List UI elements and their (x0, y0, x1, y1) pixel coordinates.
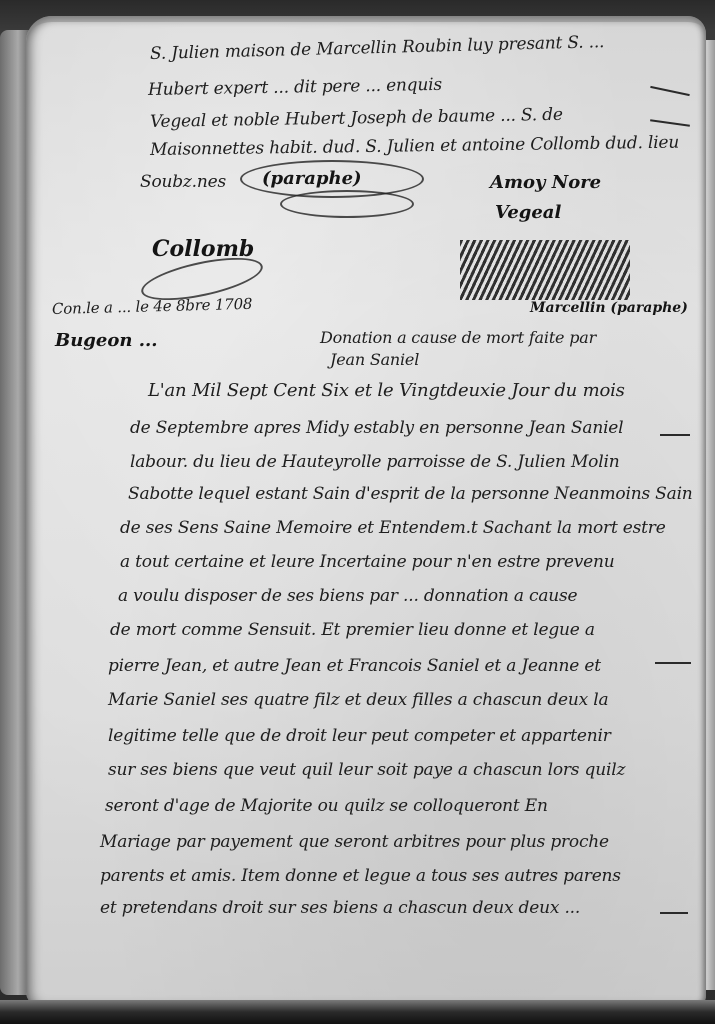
signature-flourish-2 (280, 190, 414, 218)
line-end-dash (655, 662, 691, 664)
body-line-11: legitime telle que de droit leur peut co… (108, 726, 611, 746)
body-line-1: L'an Mil Sept Cent Six et le Vingtdeuxie… (148, 380, 625, 401)
body-line-6: a tout certaine et leure Incertaine pour… (120, 552, 615, 572)
line-end-dash (660, 434, 690, 436)
act-heading-name: Jean Saniel (330, 350, 419, 369)
body-line-15: parents et amis. Item donne et legue a t… (100, 866, 621, 886)
body-line-3: labour. du lieu de Hauteyrolle parroisse… (130, 452, 619, 472)
body-line-14: Mariage par payement que seront arbitres… (100, 832, 609, 852)
margin-clerk-signature: Bugeon ... (55, 330, 158, 351)
book-bottom-edge (0, 1000, 715, 1024)
body-line-2: de Septembre apres Midy estably en perso… (130, 418, 623, 438)
signature-marcellin: Marcellin (paraphe) (530, 300, 688, 316)
body-line-10: Marie Saniel ses quatre filz et deux fil… (108, 690, 608, 710)
body-line-13: seront d'age de Majorite ou quilz se col… (105, 796, 548, 816)
body-line-9: pierre Jean, et autre Jean et Francois S… (108, 656, 601, 676)
signature-vegeal: Vegeal (495, 202, 561, 223)
signature-notaire: Amoy Nore (490, 172, 601, 193)
body-line-7: a voulu disposer de ses biens par ... do… (118, 586, 577, 606)
closing-line-5: Soubz.nes (140, 172, 226, 192)
body-line-16: et pretendans droit sur ses biens a chas… (100, 898, 580, 918)
body-line-8: de mort comme Sensuit. Et premier lieu d… (110, 620, 595, 640)
body-line-4: Sabotte lequel estant Sain d'esprit de l… (128, 484, 693, 504)
body-line-5: de ses Sens Saine Memoire et Entendem.t … (120, 518, 666, 538)
signature-paraphe: (paraphe) (262, 168, 362, 189)
body-line-12: sur ses biens que veut quil leur soit pa… (108, 760, 625, 780)
signature-marcellin-ink (460, 240, 630, 300)
act-heading-title: Donation a cause de mort faite par (320, 328, 596, 347)
line-end-dash (660, 912, 688, 914)
